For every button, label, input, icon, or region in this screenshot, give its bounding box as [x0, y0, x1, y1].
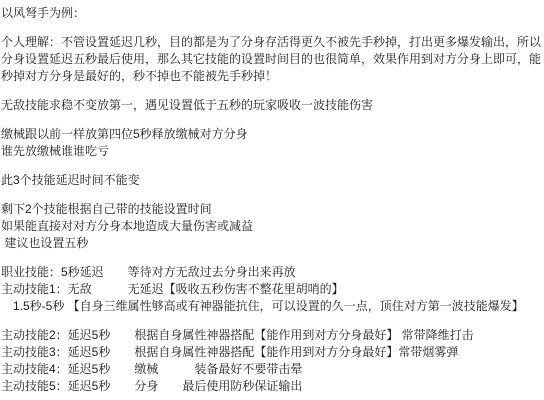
- text-line: 主动技能4：延迟5秒 缴械 装备最好不要带击晕: [1, 361, 544, 378]
- text-line: 主动技能3：延迟5秒 根据自身属性神器搭配【能作用到对方分身最好】常带烟雾弹: [1, 344, 544, 361]
- text-line: 以风弩手为例：: [1, 5, 544, 22]
- paragraph: 剩下2个技能根据自己带的技能设置时间如果能直接对对方分身本地造成大量伤害或减益 …: [1, 201, 544, 252]
- text-line: 谁先放缴械谁谁吃亏: [1, 143, 544, 160]
- paragraph: 个人理解：不管设置延迟几秒，目的都是为了分身存活得更久不被先手秒掉，打出更多爆发…: [1, 34, 544, 85]
- document: 以风弩手为例：个人理解：不管设置延迟几秒，目的都是为了分身存活得更久不被先手秒掉…: [0, 0, 544, 400]
- text-line: 分身设置延迟五秒最后使用，那么其它技能的设置时间目的也很简单，效果作用到对方分身…: [1, 51, 544, 68]
- paragraph: 此3个技能延迟时间不能变: [1, 172, 544, 189]
- text-line: 职业技能：5秒延迟 等待对方无敌过去分身出来再放: [1, 264, 544, 281]
- text-line: 主动技能5：延迟5秒 分身 最后使用防秒保证输出: [1, 378, 544, 395]
- text-line: 建议也设置五秒: [1, 235, 544, 252]
- paragraph: 缴械跟以前一样放第四位5秒释放缴械对方分身谁先放缴械谁谁吃亏: [1, 126, 544, 160]
- paragraph: 无敌技能求稳不变放第一，遇见设置低于五秒的玩家吸收一波技能伤害: [1, 97, 544, 114]
- text-line: 如果能直接对对方分身本地造成大量伤害或减益: [1, 218, 544, 235]
- text-line: 剩下2个技能根据自己带的技能设置时间: [1, 201, 544, 218]
- paragraph: 职业技能：5秒延迟 等待对方无敌过去分身出来再放主动技能1：无敌 无延迟【吸收五…: [1, 264, 544, 315]
- text-line: 个人理解：不管设置延迟几秒，目的都是为了分身存活得更久不被先手秒掉，打出更多爆发…: [1, 34, 544, 51]
- text-line: 秒掉对方分身是最好的，秒不掉也不能被先手秒掉！: [1, 68, 544, 85]
- paragraph: 主动技能2：延迟5秒 根据自身属性神器搭配【能作用到对方分身最好】 常带降维打击…: [1, 327, 544, 395]
- text-line: 缴械跟以前一样放第四位5秒释放缴械对方分身: [1, 126, 544, 143]
- text-line: 主动技能2：延迟5秒 根据自身属性神器搭配【能作用到对方分身最好】 常带降维打击: [1, 327, 544, 344]
- paragraph: 以风弩手为例：: [1, 5, 544, 22]
- text-line: 无敌技能求稳不变放第一，遇见设置低于五秒的玩家吸收一波技能伤害: [1, 97, 544, 114]
- text-line: 1.5秒-5秒 【自身三维属性够高或有神器能抗住，可以设置的久一点，顶住对方第一…: [1, 298, 544, 315]
- text-line: 主动技能1：无敌 无延迟【吸收五秒伤害不整花里胡哨的】: [1, 281, 544, 298]
- text-line: 此3个技能延迟时间不能变: [1, 172, 544, 189]
